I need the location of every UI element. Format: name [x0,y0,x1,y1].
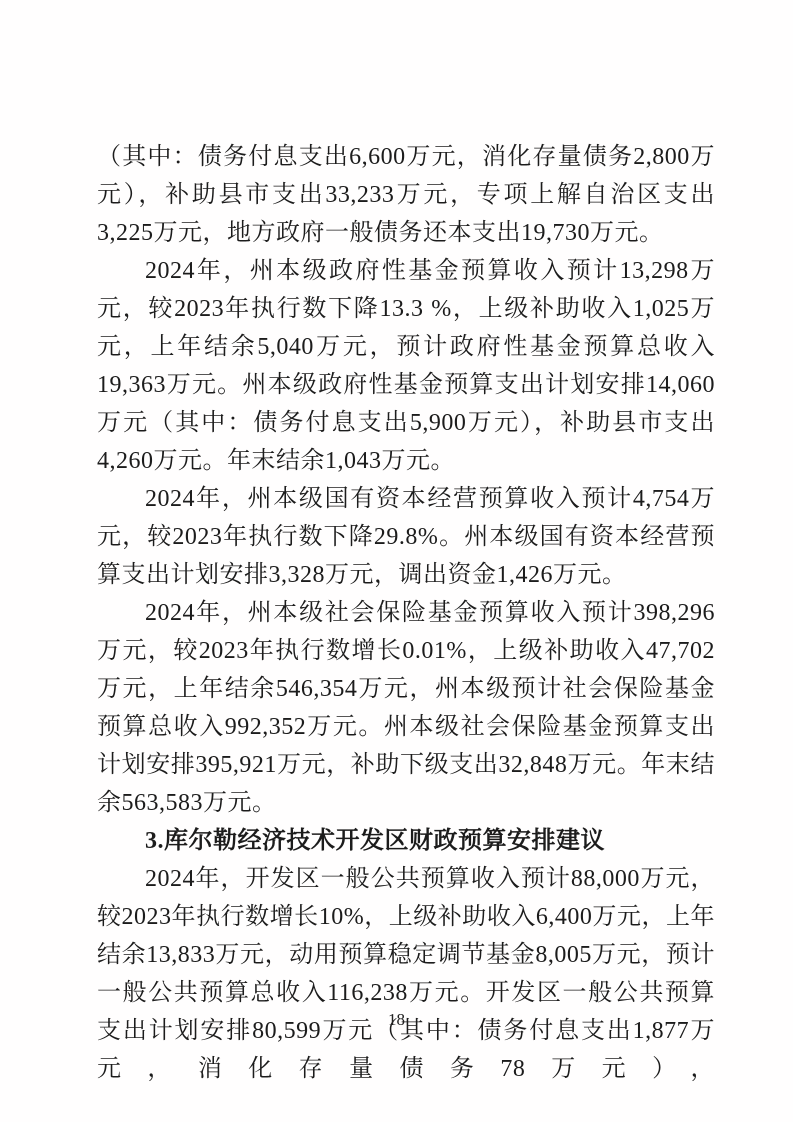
page-number: 18 [0,1010,793,1030]
document-page: （其中：债务付息支出6,600万元，消化存量债务2,800万元），补助县市支出3… [0,0,793,1122]
paragraph-government-fund-budget: 2024年，州本级政府性基金预算收入预计13,298万元，较2023年执行数下降… [97,252,715,480]
paragraph-state-capital-budget: 2024年，州本级国有资本经营预算收入预计4,754万元，较2023年执行数下降… [97,480,715,594]
paragraph-dev-zone-budget: 2024年，开发区一般公共预算收入预计88,000万元，较2023年执行数增长1… [97,860,715,1088]
document-body: （其中：债务付息支出6,600万元，消化存量债务2,800万元），补助县市支出3… [97,138,715,1088]
paragraph-general-budget-debt-detail: （其中：债务付息支出6,600万元，消化存量债务2,800万元），补助县市支出3… [97,138,715,252]
paragraph-social-insurance-budget: 2024年，州本级社会保险基金预算收入预计398,296万元，较2023年执行数… [97,594,715,822]
section-heading-korla-dev-zone: 3.库尔勒经济技术开发区财政预算安排建议 [97,822,715,860]
